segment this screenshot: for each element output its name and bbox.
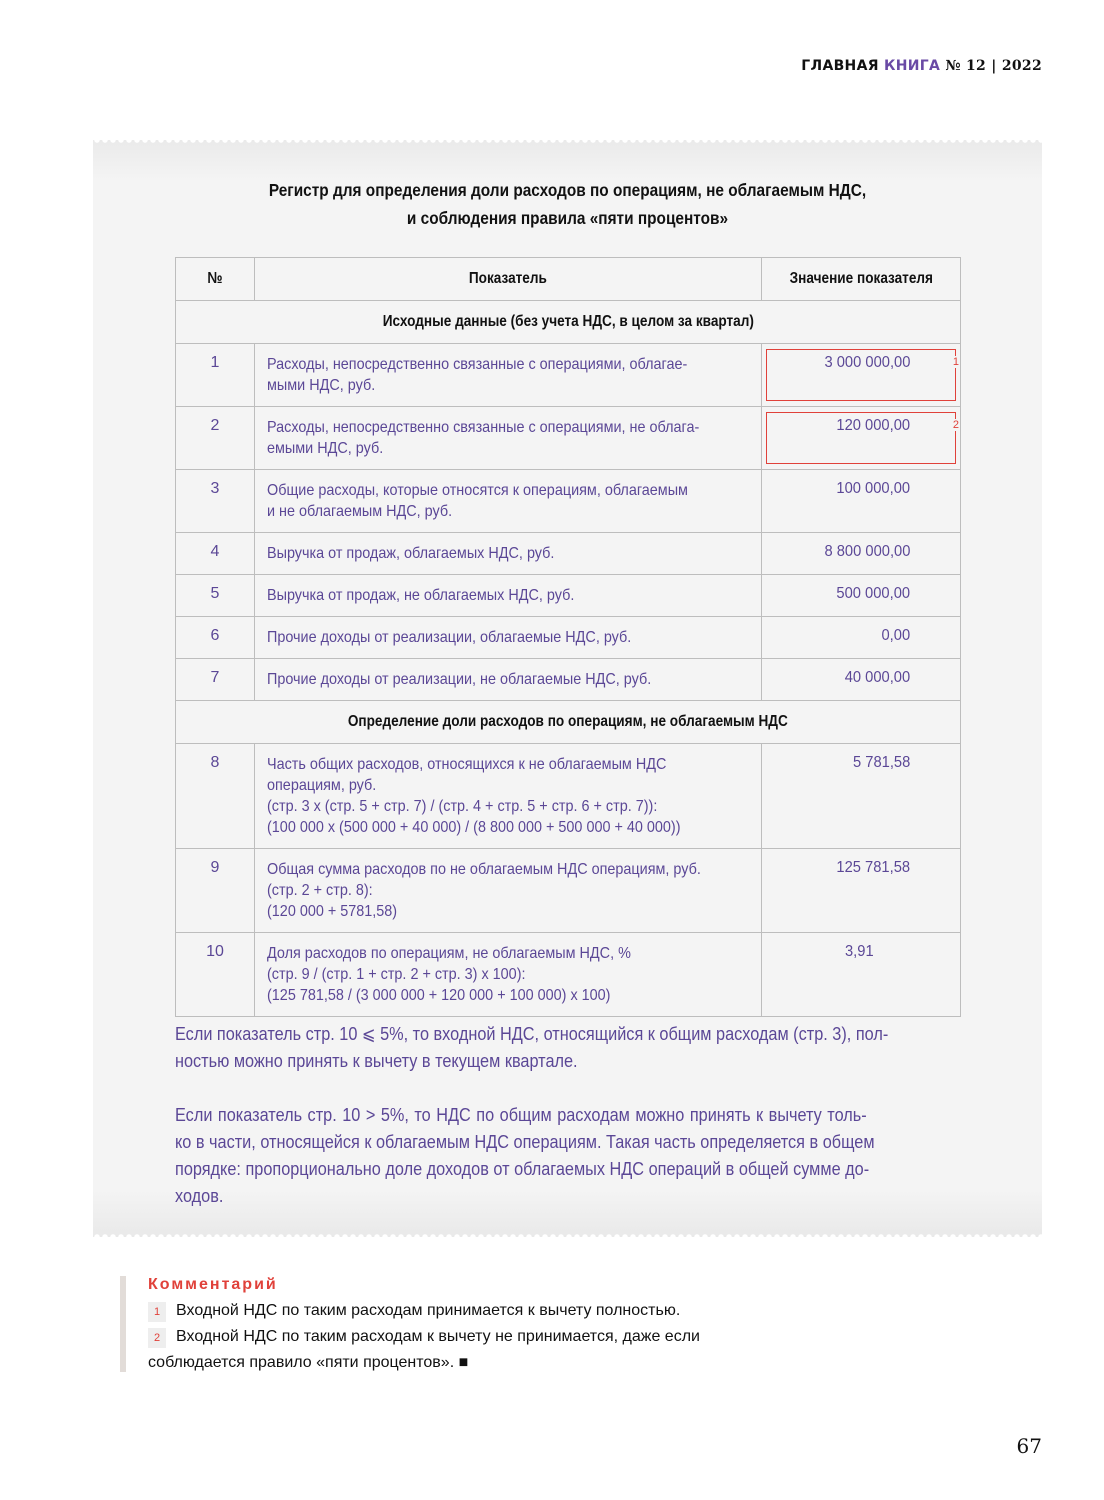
- brand-name-part1: ГЛАВНАЯ: [801, 58, 879, 74]
- column-header-number: №: [176, 258, 255, 301]
- table-row: 7Прочие доходы от реализации, не облагае…: [176, 659, 961, 701]
- row-number: 5: [176, 575, 255, 617]
- footnote-badge: 2: [148, 1328, 166, 1348]
- row-number: 2: [176, 407, 255, 470]
- register-table: № Показатель Значение показателя Исходны…: [175, 257, 961, 1017]
- section-title: Исходные данные (без учета НДС, в целом …: [176, 301, 961, 344]
- row-value: 40 000,00: [762, 659, 961, 701]
- register-title-line2: и соблюдения правила «пяти процентов»: [150, 204, 985, 232]
- row-description: Выручка от продаж, облагаемых НДС, руб.: [254, 533, 761, 575]
- table-row: 2Расходы, непосредственно связанные с оп…: [176, 407, 961, 470]
- footnote-marker: 2: [953, 419, 959, 431]
- comment-title: Комментарий: [148, 1276, 278, 1294]
- row-description: Общие расходы, которые относятся к опера…: [254, 470, 761, 533]
- row-number: 4: [176, 533, 255, 575]
- row-value: 3,91: [762, 933, 961, 1017]
- highlight-box: 1: [766, 349, 956, 401]
- register-title: Регистр для определения доли расходов по…: [150, 176, 985, 232]
- row-number: 8: [176, 744, 255, 849]
- footnote-badge: 1: [148, 1302, 166, 1322]
- section-row: Исходные данные (без учета НДС, в целом …: [176, 301, 961, 344]
- row-number: 3: [176, 470, 255, 533]
- row-number: 9: [176, 849, 255, 933]
- row-value: 0,00: [762, 617, 961, 659]
- footnote-marker: 1: [953, 356, 959, 368]
- row-description: Доля расходов по операциям, не облагаемы…: [254, 933, 761, 1017]
- row-number: 10: [176, 933, 255, 1017]
- comment-item: 1Входной НДС по таким расходам принимает…: [148, 1302, 680, 1322]
- comment-block: Комментарий 1Входной НДС по таким расход…: [120, 1276, 746, 1372]
- magazine-header: ГЛАВНАЯ КНИГА № 12 | 2022: [801, 58, 1042, 74]
- row-value: 3 000 000,001: [762, 344, 961, 407]
- table-row: 3Общие расходы, которые относятся к опер…: [176, 470, 961, 533]
- row-description: Прочие доходы от реализации, облагаемые …: [254, 617, 761, 659]
- table-row: 8Часть общих расходов, относящихся к не …: [176, 744, 961, 849]
- row-description: Расходы, непосредственно связанные с опе…: [254, 407, 761, 470]
- register-title-line1: Регистр для определения доли расходов по…: [150, 176, 985, 204]
- row-number: 7: [176, 659, 255, 701]
- row-value: 120 000,002: [762, 407, 961, 470]
- register-panel: Регистр для определения доли расходов по…: [93, 140, 1042, 1237]
- table-row: 4Выручка от продаж, облагаемых НДС, руб.…: [176, 533, 961, 575]
- row-value: 8 800 000,00: [762, 533, 961, 575]
- row-number: 1: [176, 344, 255, 407]
- column-header-indicator: Показатель: [254, 258, 761, 301]
- table-row: 6Прочие доходы от реализации, облагаемые…: [176, 617, 961, 659]
- row-description: Расходы, непосредственно связанные с опе…: [254, 344, 761, 407]
- table-row: 10Доля расходов по операциям, не облагае…: [176, 933, 961, 1017]
- row-description: Прочие доходы от реализации, не облагаем…: [254, 659, 761, 701]
- column-header-value: Значение показателя: [762, 258, 961, 301]
- comment-item: 2Входной НДС по таким расходам к вычету …: [148, 1328, 700, 1348]
- row-description: Общая сумма расходов по не облагаемым НД…: [254, 849, 761, 933]
- paragraph-condition-1: Если показатель стр. 10 ⩽ 5%, то входной…: [175, 1020, 961, 1074]
- table-row: 9Общая сумма расходов по не облагаемым Н…: [176, 849, 961, 933]
- table-header-row: № Показатель Значение показателя: [176, 258, 961, 301]
- paragraph-condition-2: Если показатель стр. 10 > 5%, то НДС по …: [175, 1101, 961, 1209]
- row-value: 5 781,58: [762, 744, 961, 849]
- row-number: 6: [176, 617, 255, 659]
- section-title: Определение доли расходов по операциям, …: [176, 701, 961, 744]
- row-value: 100 000,00: [762, 470, 961, 533]
- row-description: Часть общих расходов, относящихся к не о…: [254, 744, 761, 849]
- issue-number: № 12 | 2022: [945, 58, 1042, 74]
- highlight-box: 2: [766, 412, 956, 464]
- comment-tail: соблюдается правило «пяти процентов». ■: [148, 1354, 468, 1372]
- table-row: 1Расходы, непосредственно связанные с оп…: [176, 344, 961, 407]
- row-value: 500 000,00: [762, 575, 961, 617]
- brand-name-part2: КНИГА: [884, 58, 940, 74]
- row-value: 125 781,58: [762, 849, 961, 933]
- section-row: Определение доли расходов по операциям, …: [176, 701, 961, 744]
- table-row: 5Выручка от продаж, не облагаемых НДС, р…: [176, 575, 961, 617]
- row-description: Выручка от продаж, не облагаемых НДС, ру…: [254, 575, 761, 617]
- page-number: 67: [1017, 1434, 1042, 1458]
